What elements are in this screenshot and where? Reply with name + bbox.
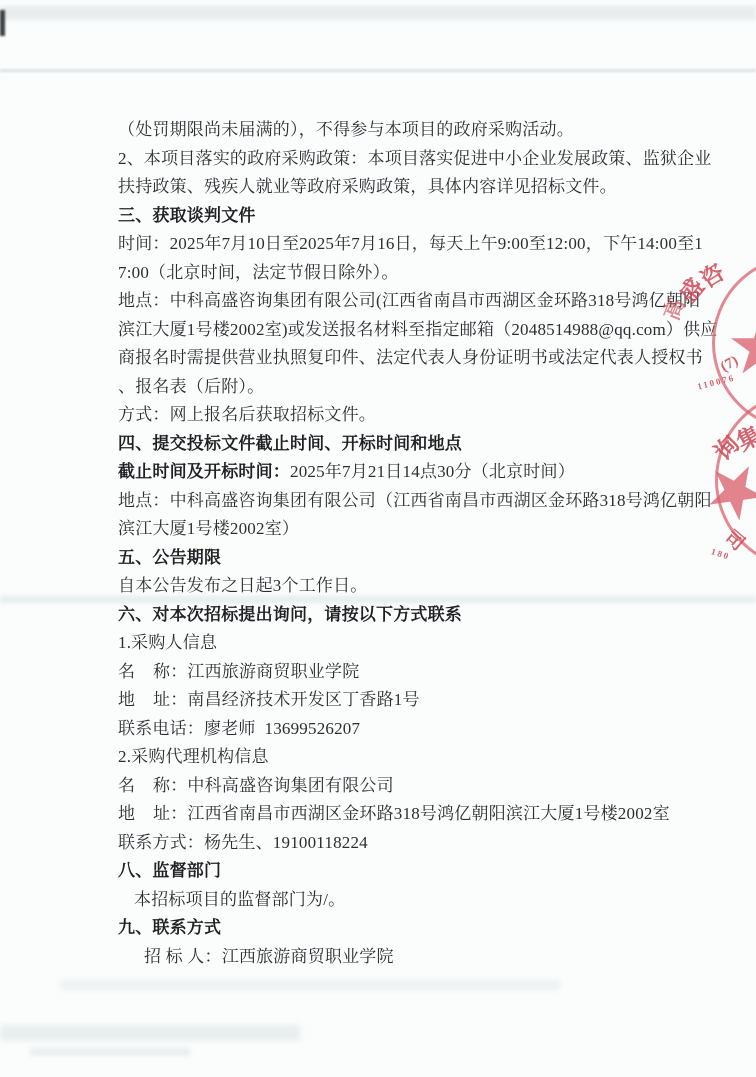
scan-artifact bbox=[0, 69, 756, 72]
document-line: 截止时间及开标时间：2025年7月21日14点30分（北京时间） bbox=[118, 458, 678, 487]
document-line: 联系方式：杨先生、19100118224 bbox=[118, 829, 678, 858]
document-body: （处罚期限尚未届满的），不得参与本项目的政府采购活动。2、本项目落实的政府采购政… bbox=[118, 116, 678, 971]
scan-artifact bbox=[0, 1025, 300, 1041]
section-heading: 八、监督部门 bbox=[118, 857, 678, 886]
document-line: 时间：2025年7月10日至2025年7月16日，每天上午9:00至12:00，… bbox=[118, 230, 678, 259]
seal-star-icon: ★ bbox=[695, 454, 756, 530]
document-line: 自本公告发布之日起3个工作日。 bbox=[118, 572, 678, 601]
document-line: 联系电话：廖老师 13699526207 bbox=[118, 715, 678, 744]
scan-artifact bbox=[0, 10, 5, 36]
section-heading: 四、提交投标文件截止时间、开标时间和地点 bbox=[118, 430, 678, 459]
document-line: 名 称：中科高盛咨询集团有限公司 bbox=[118, 772, 678, 801]
document-line: 扶持政策、残疾人就业等政府采购政策，具体内容详见招标文件。 bbox=[118, 173, 678, 202]
document-line: 7:00（北京时间，法定节假日除外）。 bbox=[118, 259, 678, 288]
scan-artifact bbox=[0, 6, 756, 20]
document-line: 滨江大厦1号楼2002室)或发送报名材料至指定邮箱（2048514988@qq.… bbox=[118, 316, 678, 345]
document-line: 招 标 人：江西旅游商贸职业学院 bbox=[118, 943, 678, 972]
document-line: 2、本项目落实的政府采购政策：本项目落实促进中小企业发展政策、监狱企业 bbox=[118, 145, 678, 174]
scan-artifact bbox=[30, 1048, 190, 1056]
scan-artifact bbox=[60, 980, 560, 990]
document-line: 商报名时需提供营业执照复印件、法定代表人身份证明书或法定代表人授权书 bbox=[118, 344, 678, 373]
section-heading: 九、联系方式 bbox=[118, 914, 678, 943]
document-line: 名 称：江西旅游商贸职业学院 bbox=[118, 658, 678, 687]
document-line: 地点：中科高盛咨询集团有限公司（江西省南昌市西湖区金环路318号鸿亿朝阳 bbox=[118, 487, 678, 516]
document-line: 2.采购代理机构信息 bbox=[118, 743, 678, 772]
document-line: 方式：网上报名后获取招标文件。 bbox=[118, 401, 678, 430]
section-heading: 六、对本次招标提出询问，请按以下方式联系 bbox=[118, 601, 678, 630]
line-bold-label: 截止时间及开标时间： bbox=[118, 462, 290, 481]
document-line: （处罚期限尚未届满的），不得参与本项目的政府采购活动。 bbox=[118, 116, 678, 145]
document-line: 本招标项目的监督部门为/。 bbox=[118, 886, 678, 915]
document-line: 地点：中科高盛咨询集团有限公司(江西省南昌市西湖区金环路318号鸿亿朝阳 bbox=[118, 287, 678, 316]
document-line: 地 址：江西省南昌市西湖区金环路318号鸿亿朝阳滨江大厦1号楼2002室 bbox=[118, 800, 678, 829]
section-heading: 五、公告期限 bbox=[118, 544, 678, 573]
document-line: 滨江大厦1号楼2002室） bbox=[118, 515, 678, 544]
scanned-document-page: （处罚期限尚未届满的），不得参与本项目的政府采购活动。2、本项目落实的政府采购政… bbox=[0, 0, 756, 1077]
document-line: 1.采购人信息 bbox=[118, 629, 678, 658]
document-line: 地 址：南昌经济技术开发区丁香路1号 bbox=[118, 686, 678, 715]
section-heading: 三、获取谈判文件 bbox=[118, 202, 678, 231]
document-line: 、报名表（后附）。 bbox=[118, 373, 678, 402]
